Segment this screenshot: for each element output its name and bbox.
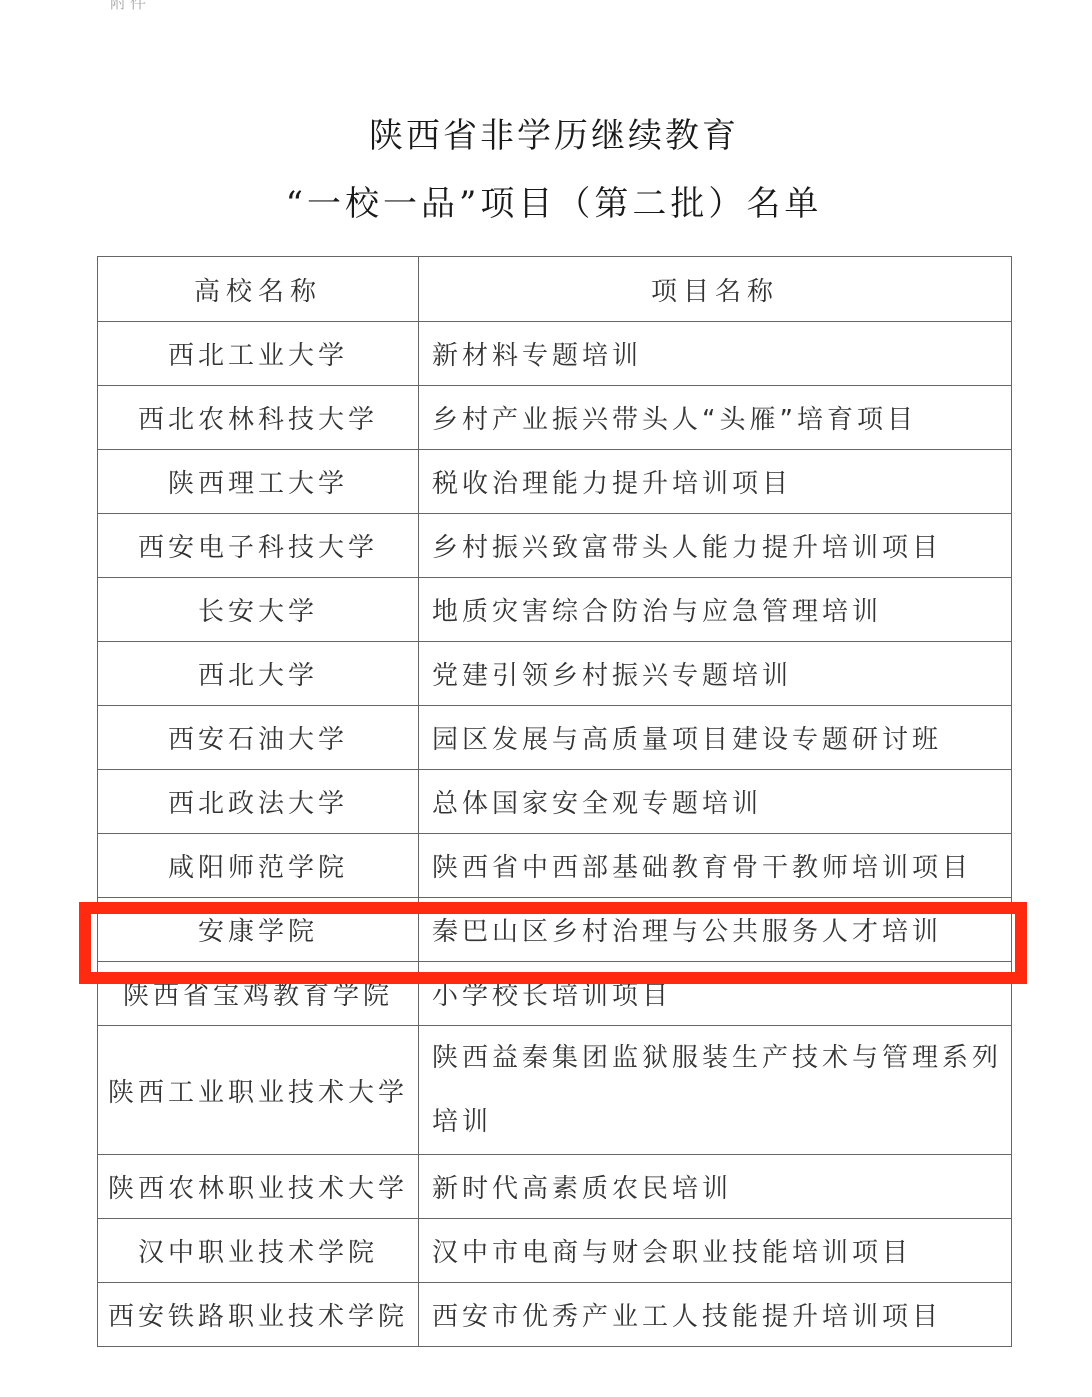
project-name: 税收治理能力提升培训项目	[419, 450, 1012, 514]
table-header-row: 高校名称 项目名称	[98, 257, 1012, 322]
project-name: 乡村产业振兴带头人“头雁”培育项目	[419, 386, 1012, 450]
table-row: 陕西省宝鸡教育学院 小学校长培训项目	[98, 962, 1012, 1026]
school-name: 咸阳师范学院	[98, 834, 419, 898]
school-name: 西安铁路职业技术学院	[98, 1283, 419, 1347]
project-name: 陕西益秦集团监狱服装生产技术与管理系列培训	[419, 1026, 1012, 1155]
table-row: 汉中职业技术学院 汉中市电商与财会职业技能培训项目	[98, 1219, 1012, 1283]
document-title-line2: “一校一品”项目（第二批）名单	[0, 176, 1092, 225]
project-name: 园区发展与高质量项目建设专题研讨班	[419, 706, 1012, 770]
table-row: 陕西工业职业技术大学 陕西益秦集团监狱服装生产技术与管理系列培训	[98, 1026, 1012, 1155]
school-name: 陕西农林职业技术大学	[98, 1155, 419, 1219]
school-name: 西北农林科技大学	[98, 386, 419, 450]
project-name: 新时代高素质农民培训	[419, 1155, 1012, 1219]
project-name: 地质灾害综合防治与应急管理培训	[419, 578, 1012, 642]
project-name: 陕西省中西部基础教育骨干教师培训项目	[419, 834, 1012, 898]
school-name: 陕西省宝鸡教育学院	[98, 962, 419, 1026]
document-title-line1: 陕西省非学历继续教育	[0, 108, 1092, 157]
school-name: 长安大学	[98, 578, 419, 642]
project-name: 小学校长培训项目	[419, 962, 1012, 1026]
table-row: 西安石油大学 园区发展与高质量项目建设专题研讨班	[98, 706, 1012, 770]
table-row: 西北政法大学 总体国家安全观专题培训	[98, 770, 1012, 834]
table-row: 陕西农林职业技术大学 新时代高素质农民培训	[98, 1155, 1012, 1219]
table-row: 长安大学 地质灾害综合防治与应急管理培训	[98, 578, 1012, 642]
project-list-table: 高校名称 项目名称 西北工业大学 新材料专题培训 西北农林科技大学 乡村产业振兴…	[97, 256, 1012, 1347]
school-name: 西安电子科技大学	[98, 514, 419, 578]
school-name: 陕西工业职业技术大学	[98, 1026, 419, 1155]
table-row: 陕西理工大学 税收治理能力提升培训项目	[98, 450, 1012, 514]
attachment-label-fragment: 附件	[110, 0, 150, 13]
table-row: 西北大学 党建引领乡村振兴专题培训	[98, 642, 1012, 706]
table-row: 咸阳师范学院 陕西省中西部基础教育骨干教师培训项目	[98, 834, 1012, 898]
school-name: 西北大学	[98, 642, 419, 706]
school-name: 汉中职业技术学院	[98, 1219, 419, 1283]
project-name: 汉中市电商与财会职业技能培训项目	[419, 1219, 1012, 1283]
project-name: 总体国家安全观专题培训	[419, 770, 1012, 834]
table-row: 西安电子科技大学 乡村振兴致富带头人能力提升培训项目	[98, 514, 1012, 578]
table-row-highlighted: 安康学院 秦巴山区乡村治理与公共服务人才培训	[98, 898, 1012, 962]
project-name: 党建引领乡村振兴专题培训	[419, 642, 1012, 706]
school-name: 西安石油大学	[98, 706, 419, 770]
project-name: 新材料专题培训	[419, 322, 1012, 386]
school-name: 西北政法大学	[98, 770, 419, 834]
school-name: 安康学院	[98, 898, 419, 962]
table-row: 西安铁路职业技术学院 西安市优秀产业工人技能提升培训项目	[98, 1283, 1012, 1347]
school-name: 陕西理工大学	[98, 450, 419, 514]
project-name: 西安市优秀产业工人技能提升培训项目	[419, 1283, 1012, 1347]
header-project-name: 项目名称	[419, 257, 1012, 322]
header-school-name: 高校名称	[98, 257, 419, 322]
school-name: 西北工业大学	[98, 322, 419, 386]
project-name: 乡村振兴致富带头人能力提升培训项目	[419, 514, 1012, 578]
table-row: 西北工业大学 新材料专题培训	[98, 322, 1012, 386]
table-row: 西北农林科技大学 乡村产业振兴带头人“头雁”培育项目	[98, 386, 1012, 450]
project-name: 秦巴山区乡村治理与公共服务人才培训	[419, 898, 1012, 962]
